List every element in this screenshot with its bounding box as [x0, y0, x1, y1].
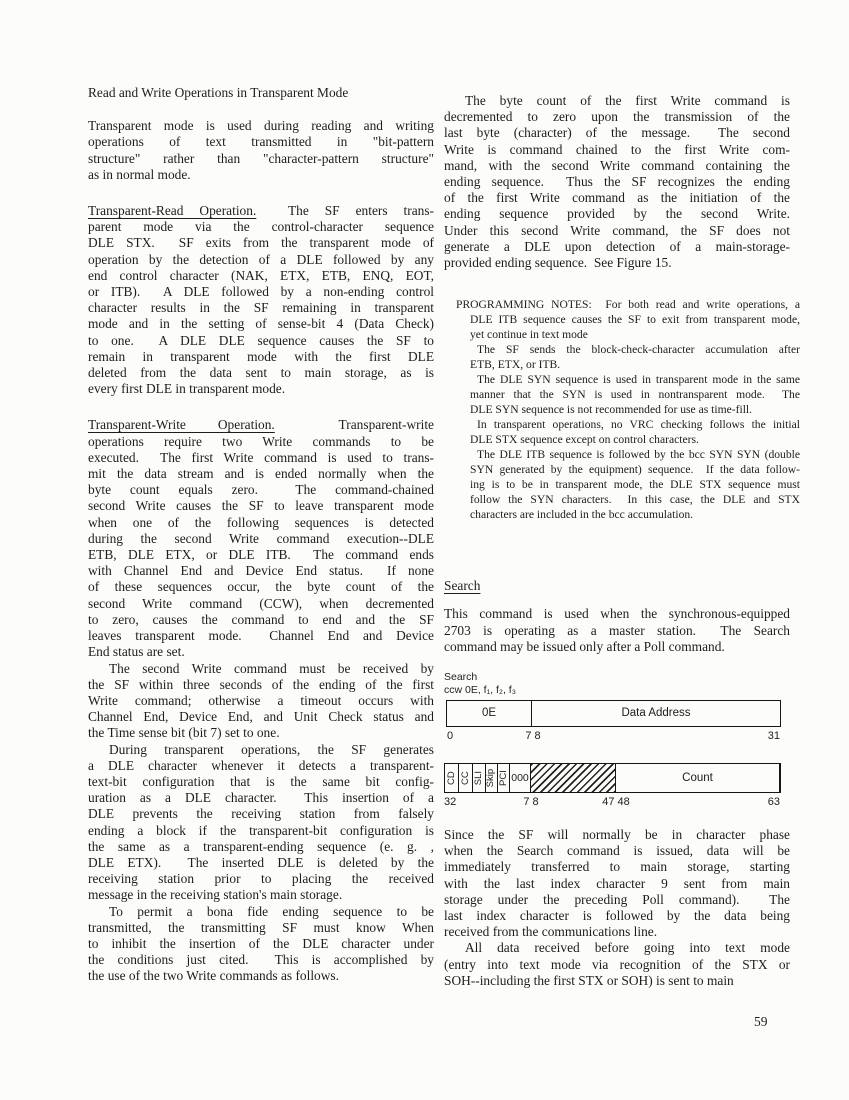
paragraph-transparent-mode-intro: Transparent mode is used during reading … — [88, 118, 434, 183]
page-number: 59 — [754, 1014, 768, 1030]
bit-label: 47 48 — [602, 794, 630, 810]
text-line: mand, with the second Write command cont… — [444, 158, 790, 174]
text-line: DLE STX sequence except on control chara… — [456, 432, 800, 447]
text-line: the same as a transparent-ending sequenc… — [88, 839, 434, 855]
text-line: Channel End, Device End, and Unit Check … — [88, 709, 434, 725]
text-line: last byte (character) of the message. Th… — [444, 125, 790, 141]
text-line: the SF within three seconds of the endin… — [88, 677, 434, 693]
search-heading-text: Search — [444, 578, 480, 593]
text-line: immediately transferred to main storage,… — [444, 859, 790, 875]
paragraph-character-phase: Since the SF will normally be in charact… — [444, 827, 790, 940]
ccw-flag-cell-pci: PCI — [498, 764, 510, 792]
ccw-zeros-cell: 000 — [510, 764, 531, 792]
text-line: During transparent operations, the SF ge… — [88, 742, 434, 758]
text-line: follow the SYN characters. In this case,… — [456, 492, 800, 507]
text-line: DLE SYN sequence is not recommended for … — [456, 402, 800, 417]
text-line: All data received before going into text… — [444, 940, 790, 956]
text-line: Under this second Write command, the SF … — [444, 223, 790, 239]
text-line: byte count equals zero. The command-chai… — [88, 482, 434, 498]
text-line: (entry into text mode via recognition of… — [444, 957, 790, 973]
text-line: DLE ETX). The inserted DLE is deleted by… — [88, 855, 434, 871]
paragraph-lines: parent mode via the control-character se… — [88, 219, 434, 397]
ccw-word2-bit-positions: 32 7 8 47 48 63 — [444, 793, 781, 807]
text-line: when one of the following sequences is d… — [88, 515, 434, 531]
scanned-manual-page: Read and Write Operations in Transparent… — [0, 0, 849, 1100]
text-line: The second Write command must be receive… — [88, 661, 434, 677]
text-line: The SF sends the block-check-character a… — [456, 342, 800, 357]
text-line: every first DLE in transparent mode. — [88, 381, 434, 397]
text-line: The byte count of the first Write comman… — [444, 93, 790, 109]
text-line: DLE STX. SF exits from the transparent m… — [88, 235, 434, 251]
paragraph-bona-fide-ending: To permit a bona fide ending sequence to… — [88, 904, 434, 985]
bit-label: 0 — [447, 728, 453, 744]
text-line: of the first Write command as the initia… — [444, 190, 790, 206]
ccw-word1-box: 0E Data Address — [446, 700, 781, 727]
text-line: the use of the two Write commands as fol… — [88, 968, 434, 984]
run-in-heading-rest: The SF enters trans- — [256, 203, 434, 218]
text-line: uration as a DLE character. This inserti… — [88, 790, 434, 806]
bit-label: 7 8 — [523, 794, 538, 810]
text-line: operations of text transmitted in "bit-p… — [88, 134, 434, 150]
right-column: The byte count of the first Write comman… — [444, 85, 790, 989]
text-line: the conditions just cited. This is accom… — [88, 952, 434, 968]
text-line: The DLE ITB sequence is followed by the … — [456, 447, 800, 462]
text-line: second Write causes the SF to leave tran… — [88, 498, 434, 514]
text-line: storage under the preceding Poll command… — [444, 892, 790, 908]
text-line: DLE ITB sequence causes the SF to exit f… — [456, 312, 800, 327]
text-line: mit the data stream and is ended normall… — [88, 466, 434, 482]
text-line: a DLE character whenever it detects a tr… — [88, 758, 434, 774]
paragraph-search-intro: This command is used when the synchronou… — [444, 606, 790, 655]
text-line: end control character (NAK, ETX, ETB, EN… — [88, 268, 434, 284]
text-line: ETB, DLE ETX, or DLE ITB. The command en… — [88, 547, 434, 563]
text-line: In transparent operations, no VRC checki… — [456, 417, 800, 432]
text-line: as in normal mode. — [88, 167, 434, 183]
paragraph-transparent-read-operation: Transparent-Read Operation. The SF enter… — [88, 203, 434, 397]
paragraph-all-data-received: All data received before going into text… — [444, 940, 790, 989]
left-column: Read and Write Operations in Transparent… — [88, 85, 434, 985]
text-line: generate a DLE upon detection of a main-… — [444, 239, 790, 255]
text-line: Since the SF will normally be in charact… — [444, 827, 790, 843]
bit-label: 63 — [768, 794, 780, 810]
text-line: to zero, causes the command to end and t… — [88, 612, 434, 628]
text-line: executed. The first Write command is use… — [88, 450, 434, 466]
ccw-unused-hatched-cell — [531, 764, 616, 792]
ccw-command-code-cell: 0E — [447, 701, 532, 726]
bit-label: 31 — [768, 728, 780, 744]
text-line: the Time sense bit (bit 7) set to one. — [88, 725, 434, 741]
section-heading-read-write-transparent: Read and Write Operations in Transparent… — [88, 85, 434, 101]
figure-caption-ccw: ccw 0E, f₁, f₂, f₃ — [444, 684, 790, 697]
text-line: structure" rather than "character-patter… — [88, 151, 434, 167]
run-in-heading-line: Transparent-Write Operation. Transparent… — [88, 417, 434, 433]
text-line: To permit a bona fide ending sequence to… — [88, 904, 434, 920]
text-line: second Write command (CCW), when decreme… — [88, 596, 434, 612]
text-line: ending sequence provided by the second W… — [444, 206, 790, 222]
text-line: text-bit configuration that is the same … — [88, 774, 434, 790]
text-line: decremented to zero upon the transmissio… — [444, 109, 790, 125]
text-line: to one. A DLE DLE sequence causes the SF… — [88, 333, 434, 349]
text-line: ing is to be in transparent mode, the DL… — [456, 477, 800, 492]
text-line: when the Search command is issued, data … — [444, 843, 790, 859]
text-line: mode and in the setting of sense-bit 4 (… — [88, 316, 434, 332]
search-ccw-format-figure: Search ccw 0E, f₁, f₂, f₃ 0E Data Addres… — [444, 671, 790, 807]
section-heading-search: Search — [444, 578, 790, 594]
paragraph-transparent-write-operation: Transparent-Write Operation. Transparent… — [88, 417, 434, 660]
text-line: during the second Write command executio… — [88, 531, 434, 547]
text-line: command may be issued only after a Poll … — [444, 639, 790, 655]
text-line: or ITB). A DLE followed by a non-ending … — [88, 284, 434, 300]
programming-notes-block: PROGRAMMING NOTES: For both read and wri… — [456, 297, 800, 522]
text-line: ending a block if the transparent-bit co… — [88, 823, 434, 839]
ccw-count-cell: Count — [616, 764, 780, 792]
text-line: ending sequence. Thus the SF recognizes … — [444, 174, 790, 190]
text-line: yet continue in text mode — [456, 327, 800, 342]
text-line: characters are included in the bcc accum… — [456, 507, 800, 522]
paragraph-second-write-timing: The second Write command must be receive… — [88, 661, 434, 742]
text-line: with the last index character 9 sent fro… — [444, 876, 790, 892]
text-line: remain in transparent mode with the firs… — [88, 349, 434, 365]
paragraph-byte-count: The byte count of the first Write comman… — [444, 93, 790, 271]
ccw-word1-bit-positions: 0 7 8 31 — [444, 727, 781, 741]
text-line: Transparent mode is used during reading … — [88, 118, 434, 134]
text-line: transmitted, the transmitting SF must kn… — [88, 920, 434, 936]
text-line: leaves transparent mode. Channel End and… — [88, 628, 434, 644]
text-line: provided ending sequence. See Figure 15. — [444, 255, 790, 271]
bit-label: 7 8 — [525, 728, 540, 744]
text-line: Write is command chained to the first Wr… — [444, 142, 790, 158]
text-line: This command is used when the synchronou… — [444, 606, 790, 622]
text-line: operations require two Write commands to… — [88, 434, 434, 450]
paragraph-dle-generation: During transparent operations, the SF ge… — [88, 742, 434, 904]
text-line: message in the receiving station's main … — [88, 887, 434, 903]
text-line: last index character is followed by the … — [444, 908, 790, 924]
text-line: ETB, ETX, or ITB. — [456, 357, 800, 372]
text-line: End status are set. — [88, 644, 434, 660]
run-in-heading-transparent-read: Transparent-Read Operation. — [88, 203, 256, 218]
text-line: of these sequences occur, the byte count… — [88, 579, 434, 595]
text-line: operation by the detection of a DLE foll… — [88, 252, 434, 268]
text-line: Write command; otherwise a timeout occur… — [88, 693, 434, 709]
text-line: received from the communications line. — [444, 924, 790, 940]
text-line: 2703 is operating as a master station. T… — [444, 623, 790, 639]
text-line: SOH--including the first STX or SOH) is … — [444, 973, 790, 989]
text-line: to inhibit the insertion of the DLE char… — [88, 936, 434, 952]
bit-label: 32 — [444, 794, 456, 810]
run-in-heading-line: Transparent-Read Operation. The SF enter… — [88, 203, 434, 219]
text-line: with Channel End and Device End status. … — [88, 563, 434, 579]
run-in-heading-transparent-write: Transparent-Write Operation. — [88, 417, 275, 432]
figure-caption-search: Search — [444, 671, 790, 684]
run-in-heading-rest: Transparent-write — [275, 417, 434, 432]
text-line: SYN generated by the equipment) sequence… — [456, 462, 800, 477]
text-line: deleted from the data sent to main stora… — [88, 365, 434, 381]
text-line: manner that the SYN is used in nontransp… — [456, 387, 800, 402]
text-line: PROGRAMMING NOTES: For both read and wri… — [456, 297, 800, 312]
text-line: receiving station prior to placing the r… — [88, 871, 434, 887]
text-line: parent mode via the control-character se… — [88, 219, 434, 235]
text-line: character results in the SF remaining in… — [88, 300, 434, 316]
ccw-word2-box: CD CC SLI Skip PCI 000 Count — [444, 763, 781, 793]
ccw-data-address-cell: Data Address — [532, 701, 780, 726]
text-line: DLE prevents the receiving station from … — [88, 806, 434, 822]
text-line: The DLE SYN sequence is used in transpar… — [456, 372, 800, 387]
paragraph-lines: operations require two Write commands to… — [88, 434, 434, 661]
